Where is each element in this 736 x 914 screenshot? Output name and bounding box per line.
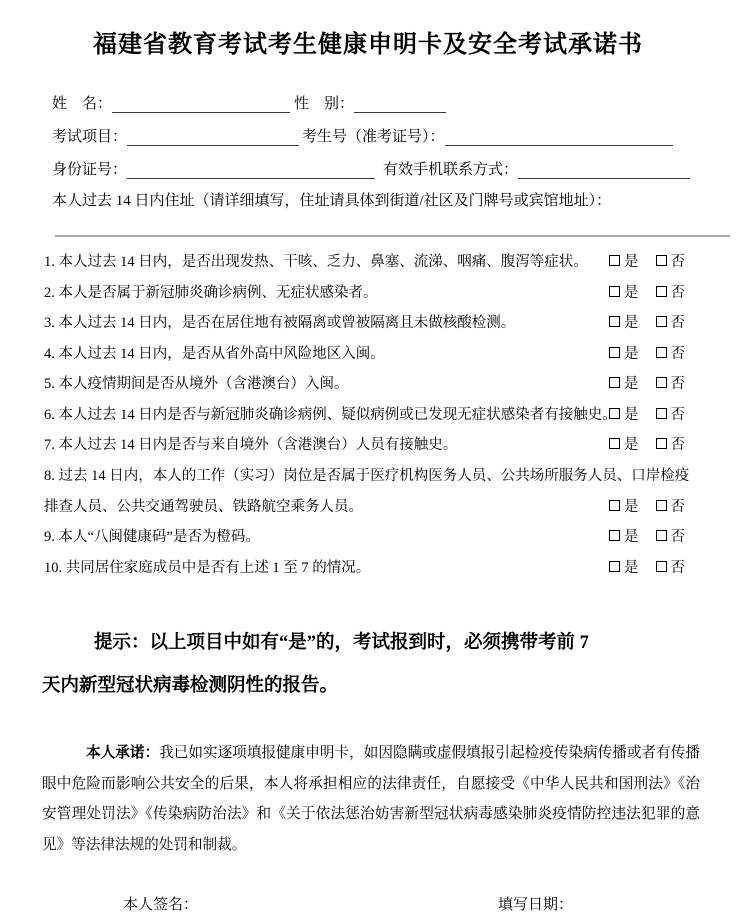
commitment-body: 我已如实逐项填报健康申明卡，如因隐瞒或虚假填报引起检疫传染病传播或者有传播眼中危… xyxy=(42,745,700,853)
question-2-answers: 是 否 xyxy=(609,281,685,302)
question-3-no[interactable]: 否 xyxy=(656,311,686,332)
gender-field[interactable] xyxy=(354,95,446,113)
question-10-no[interactable]: 否 xyxy=(656,556,686,577)
question-9: 9. 本人“八闽健康码”是否为橙码。 xyxy=(44,525,260,546)
yes-label: 是 xyxy=(624,372,639,393)
question-2-no[interactable]: 否 xyxy=(656,281,686,302)
row-id-phone: 身份证号： 有效手机联系方式： xyxy=(52,158,690,179)
yes-label: 是 xyxy=(624,311,639,332)
question-5-no[interactable]: 否 xyxy=(656,372,686,393)
phone-field[interactable] xyxy=(518,161,690,179)
question-4: 4. 本人过去 14 日内，是否从省外高中风险地区入闽。 xyxy=(44,342,385,363)
question-3-yes[interactable]: 是 xyxy=(609,311,639,332)
notice-line1: 提示：以上项目中如有“是”的，考试报到时，必须携带考前 7 xyxy=(42,622,702,665)
yes-label: 是 xyxy=(624,403,639,424)
no-label: 否 xyxy=(671,311,686,332)
no-label: 否 xyxy=(671,525,686,546)
checkbox-no-icon[interactable] xyxy=(656,408,667,419)
commitment-lead: 本人承诺： xyxy=(86,745,159,761)
phone-label: 有效手机联系方式： xyxy=(383,158,518,179)
commitment-paragraph: 本人承诺：我已如实逐项填报健康申明卡，如因隐瞒或虚假填报引起检疫传染病传播或者有… xyxy=(42,738,700,860)
question-4-answers: 是 否 xyxy=(609,342,685,363)
no-label: 否 xyxy=(671,403,686,424)
notice: 提示：以上项目中如有“是”的，考试报到时，必须携带考前 7 天内新型冠状病毒检测… xyxy=(42,622,702,708)
yes-label: 是 xyxy=(624,342,639,363)
yes-label: 是 xyxy=(624,556,639,577)
checkbox-yes-icon[interactable] xyxy=(609,286,620,297)
checkbox-no-icon[interactable] xyxy=(656,255,667,266)
name-field[interactable] xyxy=(112,95,290,113)
question-6: 6. 本人过去 14 日内是否与新冠肺炎确诊病例、疑似病例或已发现无症状感染者有… xyxy=(44,403,617,424)
question-10-answers: 是 否 xyxy=(609,556,685,577)
yes-label: 是 xyxy=(624,525,639,546)
id-field[interactable] xyxy=(127,161,375,179)
checkbox-yes-icon[interactable] xyxy=(609,316,620,327)
question-8-no[interactable]: 否 xyxy=(656,495,686,516)
checkbox-no-icon[interactable] xyxy=(656,316,667,327)
question-7-yes[interactable]: 是 xyxy=(609,433,639,454)
id-label: 身份证号： xyxy=(52,158,127,179)
candidate-no-field[interactable] xyxy=(445,128,673,146)
checkbox-yes-icon[interactable] xyxy=(609,347,620,358)
question-1-answers: 是 否 xyxy=(609,250,685,271)
checkbox-no-icon[interactable] xyxy=(656,347,667,358)
form-title: 福建省教育考试考生健康申明卡及安全考试承诺书 xyxy=(0,24,736,59)
question-6-answers: 是 否 xyxy=(609,403,685,424)
checkbox-yes-icon[interactable] xyxy=(609,408,620,419)
checkbox-yes-icon[interactable] xyxy=(609,255,620,266)
question-5-answers: 是 否 xyxy=(609,372,685,393)
question-4-yes[interactable]: 是 xyxy=(609,342,639,363)
checkbox-no-icon[interactable] xyxy=(656,438,667,449)
checkbox-yes-icon[interactable] xyxy=(609,377,620,388)
question-3: 3. 本人过去 14 日内，是否在居住地有被隔离或曾被隔离且未做核酸检测。 xyxy=(44,311,515,332)
no-label: 否 xyxy=(671,250,686,271)
no-label: 否 xyxy=(671,556,686,577)
health-declaration-form: 福建省教育考试考生健康申明卡及安全考试承诺书 姓 名： 性 别： 考试项目： 考… xyxy=(0,0,736,914)
no-label: 否 xyxy=(671,495,686,516)
checkbox-no-icon[interactable] xyxy=(656,561,667,572)
exam-label: 考试项目： xyxy=(52,125,127,146)
checkbox-yes-icon[interactable] xyxy=(609,500,620,511)
question-4-no[interactable]: 否 xyxy=(656,342,686,363)
question-10-yes[interactable]: 是 xyxy=(609,556,639,577)
question-8-yes[interactable]: 是 xyxy=(609,495,639,516)
date-label: 填写日期： xyxy=(498,893,573,914)
question-5: 5. 本人疫情期间是否从境外（含港澳台）入闽。 xyxy=(44,372,349,393)
row-name-gender: 姓 名： 性 别： xyxy=(52,92,446,113)
address-field[interactable] xyxy=(55,235,730,237)
name-label: 姓 名： xyxy=(52,92,112,113)
notice-line2: 天内新型冠状病毒检测阴性的报告。 xyxy=(42,665,702,708)
question-1-no[interactable]: 否 xyxy=(656,250,686,271)
checkbox-no-icon[interactable] xyxy=(656,286,667,297)
candidate-no-label: 考生号（准考证号）： xyxy=(302,125,445,146)
question-9-no[interactable]: 否 xyxy=(656,525,686,546)
checkbox-no-icon[interactable] xyxy=(656,500,667,511)
question-8-answers: 是 否 xyxy=(609,495,685,516)
row-exam-candidate: 考试项目： 考生号（准考证号）： xyxy=(52,125,673,146)
checkbox-no-icon[interactable] xyxy=(656,530,667,541)
question-2-yes[interactable]: 是 xyxy=(609,281,639,302)
exam-field[interactable] xyxy=(127,128,299,146)
yes-label: 是 xyxy=(624,281,639,302)
no-label: 否 xyxy=(671,342,686,363)
question-8-line2: 排查人员、公共交通驾驶员、铁路航空乘务人员。 xyxy=(44,495,363,516)
yes-label: 是 xyxy=(624,495,639,516)
yes-label: 是 xyxy=(624,433,639,454)
checkbox-no-icon[interactable] xyxy=(656,377,667,388)
question-1: 1. 本人过去 14 日内，是否出现发热、干咳、乏力、鼻塞、流涕、咽痛、腹泻等症… xyxy=(44,250,588,271)
no-label: 否 xyxy=(671,281,686,302)
no-label: 否 xyxy=(671,433,686,454)
question-7: 7. 本人过去 14 日内是否与来自境外（含港澳台）人员有接触史。 xyxy=(44,433,457,454)
no-label: 否 xyxy=(671,372,686,393)
question-5-yes[interactable]: 是 xyxy=(609,372,639,393)
question-1-yes[interactable]: 是 xyxy=(609,250,639,271)
question-3-answers: 是 否 xyxy=(609,311,685,332)
yes-label: 是 xyxy=(624,250,639,271)
checkbox-yes-icon[interactable] xyxy=(609,530,620,541)
question-9-yes[interactable]: 是 xyxy=(609,525,639,546)
gender-label: 性 别： xyxy=(294,92,354,113)
question-6-yes[interactable]: 是 xyxy=(609,403,639,424)
address-label: 本人过去 14 日内住址（请详细填写，住址请具体到街道/社区及门牌号或宾馆地址）… xyxy=(52,189,611,210)
question-2: 2. 本人是否属于新冠肺炎确诊病例、无症状感染者。 xyxy=(44,281,378,302)
question-10: 10. 共同居住家庭成员中是否有上述 1 至 7 的情况。 xyxy=(44,556,370,577)
question-7-no[interactable]: 否 xyxy=(656,433,686,454)
question-9-answers: 是 否 xyxy=(609,525,685,546)
signature-label: 本人签名： xyxy=(123,893,198,914)
question-7-answers: 是 否 xyxy=(609,433,685,454)
row-address: 本人过去 14 日内住址（请详细填写，住址请具体到街道/社区及门牌号或宾馆地址）… xyxy=(52,189,611,210)
question-8-line1: 8. 过去 14 日内，本人的工作（实习）岗位是否属于医疗机构医务人员、公共场所… xyxy=(44,464,689,485)
checkbox-yes-icon[interactable] xyxy=(609,438,620,449)
question-6-no[interactable]: 否 xyxy=(656,403,686,424)
checkbox-yes-icon[interactable] xyxy=(609,561,620,572)
